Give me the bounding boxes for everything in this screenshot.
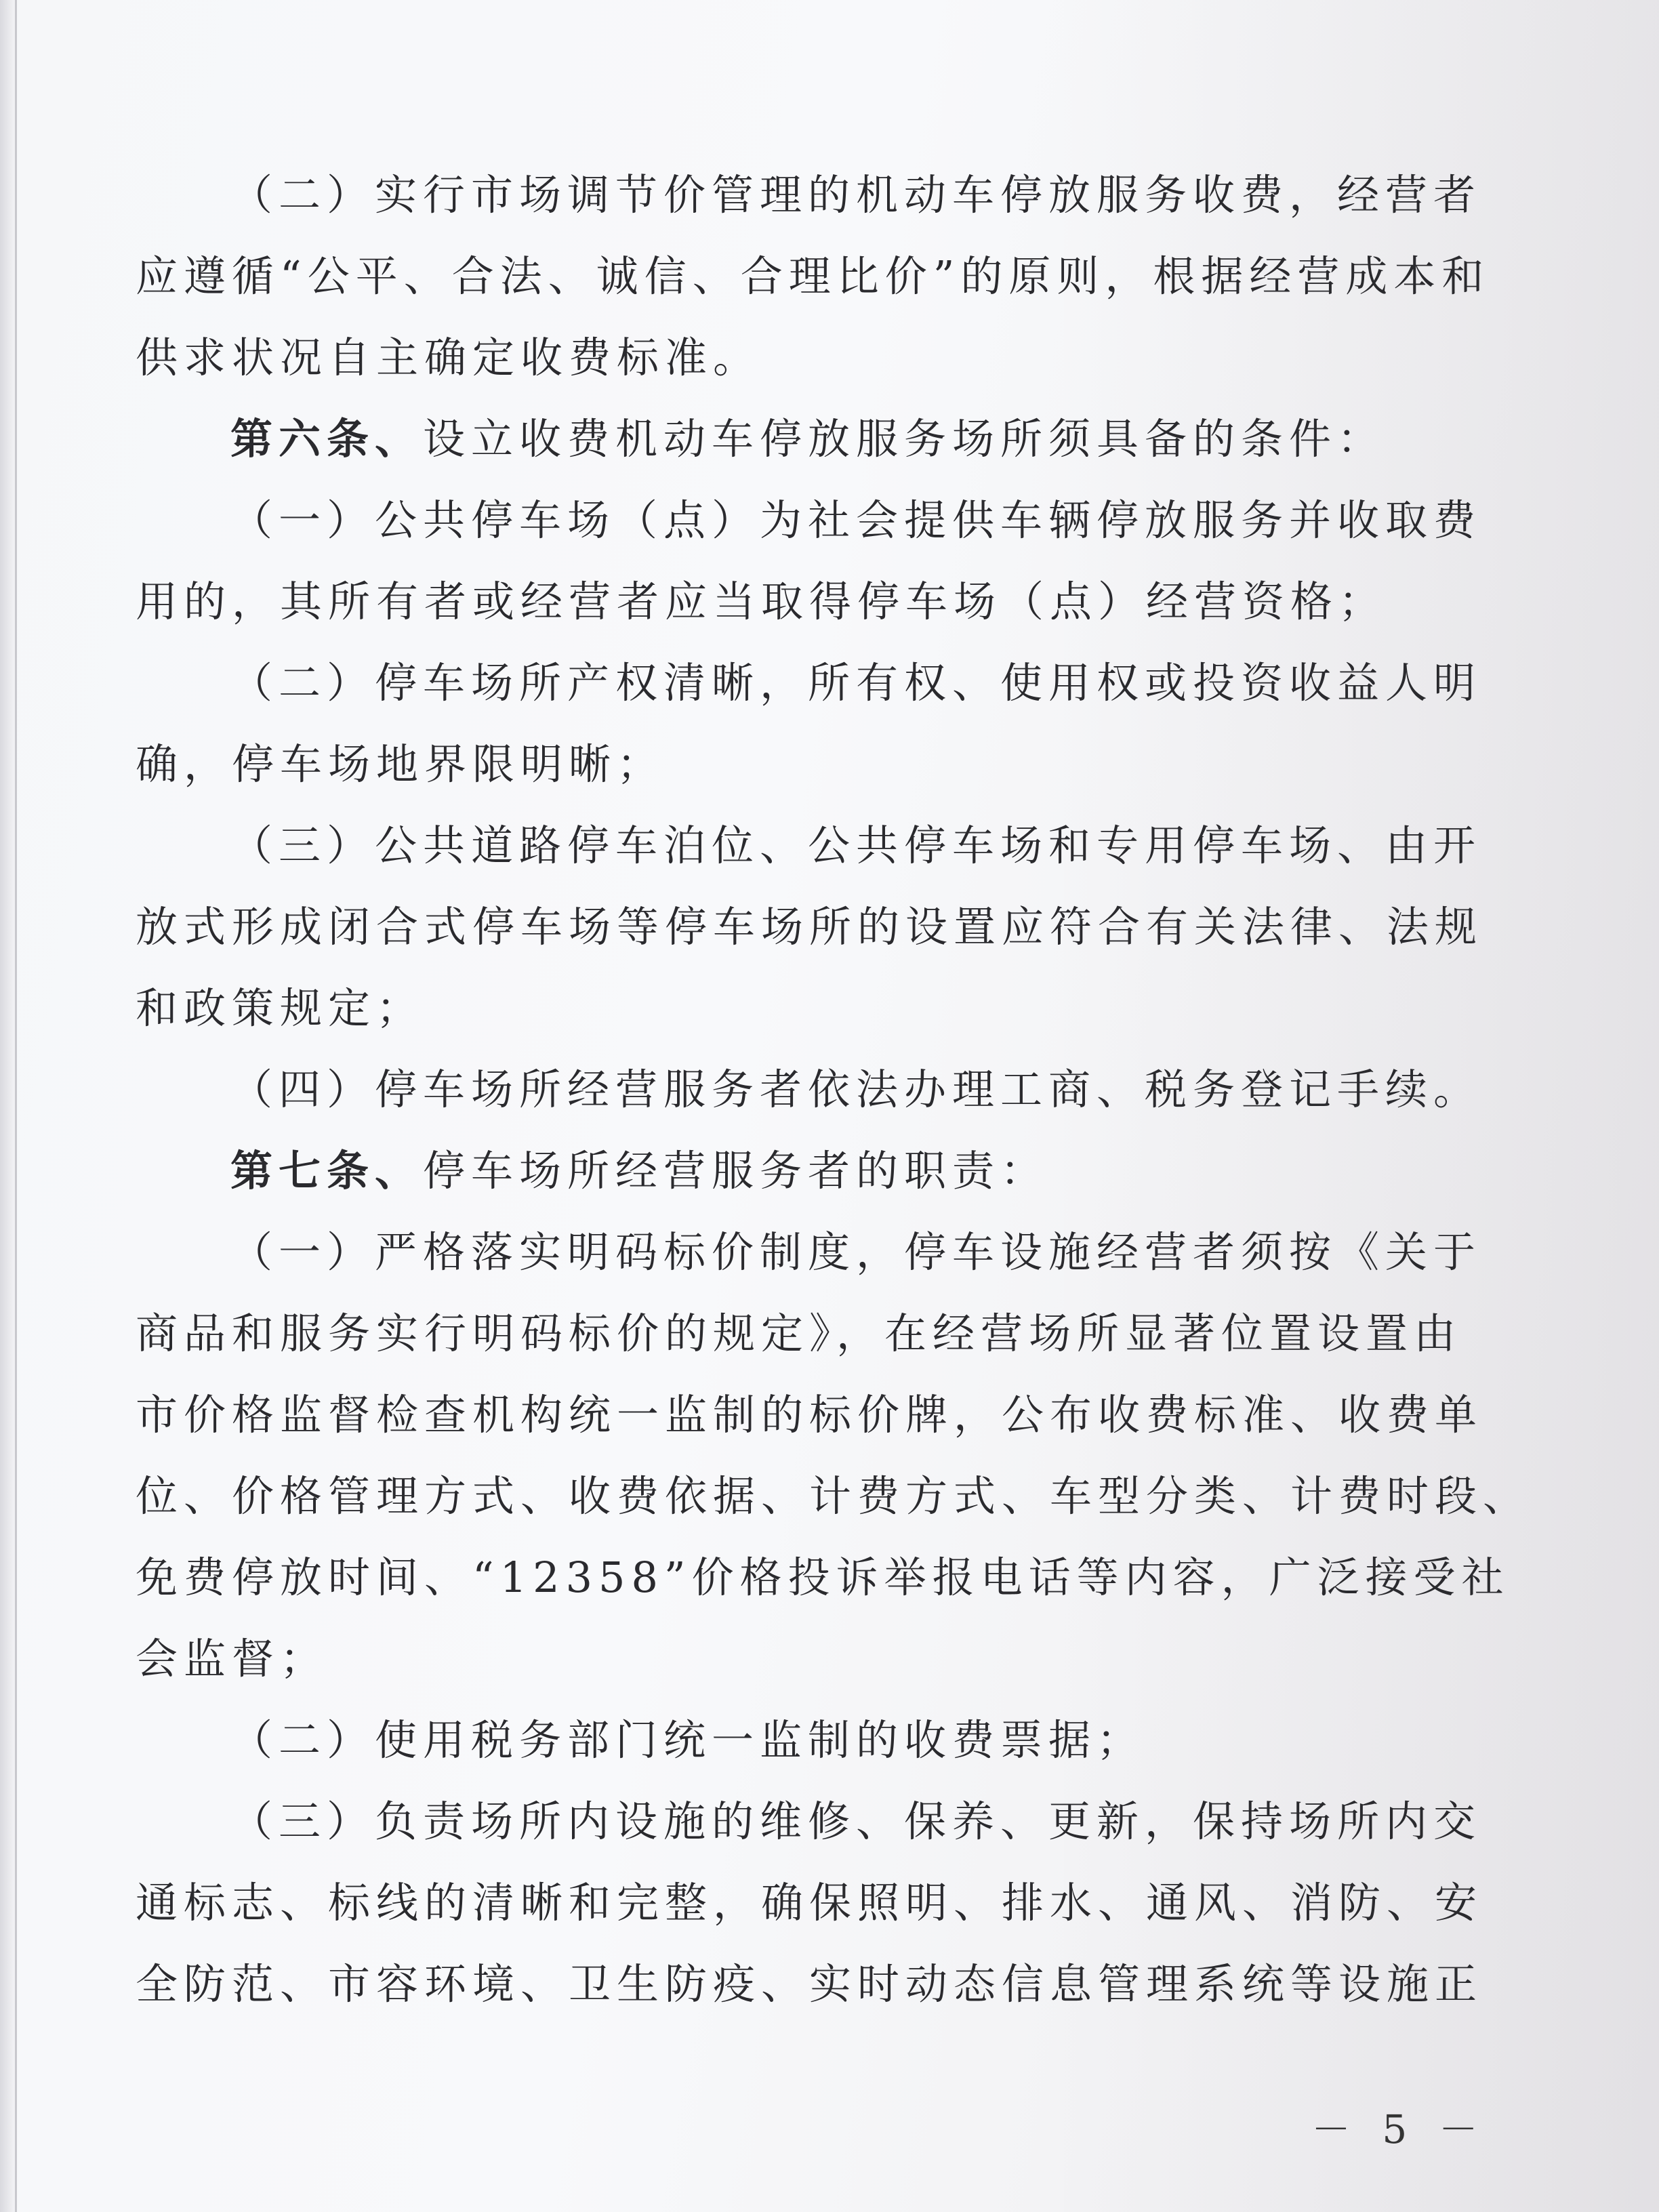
text-line: （二）实行市场调节价管理的机动车停放服务收费，经营者 xyxy=(136,155,1484,236)
text-line: （三）负责场所内设施的维修、保养、更新，保持场所内交 xyxy=(136,1781,1484,1862)
text-line: 用的，其所有者或经营者应当取得停车场（点）经营资格； xyxy=(136,561,1484,642)
article-heading: 第六条、设立收费机动车停放服务场所须具备的条件： xyxy=(136,398,1484,480)
article-heading: 第七条、停车场所经营服务者的职责： xyxy=(136,1130,1484,1212)
line-text: 应遵循“公平、合法、诚信、合理比价”的原则，根据经营成本和 xyxy=(136,251,1490,301)
line-text: 通标志、标线的清晰和完整，确保照明、排水、通风、消防、安 xyxy=(136,1878,1483,1927)
line-text: 放式形成闭合式停车场等停车场所的设置应符合有关法律、法规 xyxy=(136,902,1483,951)
line-text: （四）停车场所经营服务者依法办理工商、税务登记手续。 xyxy=(230,1065,1481,1114)
text-line: 商品和服务实行明码标价的规定》，在经营场所显著位置设置由 xyxy=(136,1293,1484,1374)
document-body: （二）实行市场调节价管理的机动车停放服务收费，经营者 应遵循“公平、合法、诚信、… xyxy=(136,155,1484,2025)
line-text: （一）公共停车场（点）为社会提供车辆停放服务并收取费 xyxy=(230,495,1481,545)
line-text: （三）负责场所内设施的维修、保养、更新，保持场所内交 xyxy=(230,1797,1481,1846)
page-binding-edge xyxy=(0,0,17,2212)
text-line: （一）公共停车场（点）为社会提供车辆停放服务并收取费 xyxy=(136,480,1484,561)
article-number: 第六条、 xyxy=(230,414,423,464)
line-text: 设立收费机动车停放服务场所须具备的条件： xyxy=(423,414,1385,464)
line-text: （三）公共道路停车泊位、公共停车场和专用停车场、由开 xyxy=(230,821,1481,870)
text-line: 免费停放时间、“12358”价格投诉举报电话等内容，广泛接受社 xyxy=(136,1537,1484,1618)
line-text: 位、价格管理方式、收费依据、计费方式、车型分类、计费时段、 xyxy=(136,1471,1531,1521)
text-line: 通标志、标线的清晰和完整，确保照明、排水、通风、消防、安 xyxy=(136,1862,1484,1944)
line-text: （一）严格落实明码标价制度，停车设施经营者须按《关于 xyxy=(230,1227,1481,1277)
text-line: （四）停车场所经营服务者依法办理工商、税务登记手续。 xyxy=(136,1049,1484,1130)
text-line: （一）严格落实明码标价制度，停车设施经营者须按《关于 xyxy=(136,1212,1484,1293)
article-number: 第七条、 xyxy=(230,1146,423,1195)
text-line: 确，停车场地界限明晰； xyxy=(136,724,1484,805)
text-line: 全防范、市容环境、卫生防疫、实时动态信息管理系统等设施正 xyxy=(136,1944,1484,2025)
line-text: 用的，其所有者或经营者应当取得停车场（点）经营资格； xyxy=(136,577,1387,626)
line-text: 商品和服务实行明码标价的规定》，在经营场所显著位置设置由 xyxy=(136,1309,1462,1358)
line-text: 停车场所经营服务者的职责： xyxy=(423,1146,1048,1195)
line-text: （二）实行市场调节价管理的机动车停放服务收费，经营者 xyxy=(230,170,1481,220)
line-text: 市价格监督检查机构统一监制的标价牌，公布收费标准、收费单 xyxy=(136,1390,1483,1439)
line-text: 免费停放时间、“12358”价格投诉举报电话等内容，广泛接受社 xyxy=(136,1553,1510,1602)
line-text: 确，停车场地界限明晰； xyxy=(136,739,665,789)
text-line: （三）公共道路停车泊位、公共停车场和专用停车场、由开 xyxy=(136,805,1484,886)
text-line: 位、价格管理方式、收费依据、计费方式、车型分类、计费时段、 xyxy=(136,1456,1484,1537)
line-text: （二）使用税务部门统一监制的收费票据； xyxy=(230,1715,1145,1765)
text-line: （二）使用税务部门统一监制的收费票据； xyxy=(136,1700,1484,1781)
text-line: 应遵循“公平、合法、诚信、合理比价”的原则，根据经营成本和 xyxy=(136,236,1484,317)
line-text: 会监督； xyxy=(136,1634,328,1683)
line-text: 和政策规定； xyxy=(136,983,424,1033)
text-line: 和政策规定； xyxy=(136,968,1484,1049)
text-line: （二）停车场所产权清晰，所有权、使用权或投资收益人明 xyxy=(136,642,1484,724)
line-text: 全防范、市容环境、卫生防疫、实时动态信息管理系统等设施正 xyxy=(136,1959,1483,2009)
text-line: 放式形成闭合式停车场等停车场所的设置应符合有关法律、法规 xyxy=(136,886,1484,968)
text-line: 会监督； xyxy=(136,1618,1484,1700)
text-line: 供求状况自主确定收费标准。 xyxy=(136,317,1484,398)
text-line: 市价格监督检查机构统一监制的标价牌，公布收费标准、收费单 xyxy=(136,1374,1484,1456)
line-text: 供求状况自主确定收费标准。 xyxy=(136,333,761,382)
page-number: － 5 － xyxy=(1311,2097,1488,2154)
line-text: （二）停车场所产权清晰，所有权、使用权或投资收益人明 xyxy=(230,658,1481,708)
